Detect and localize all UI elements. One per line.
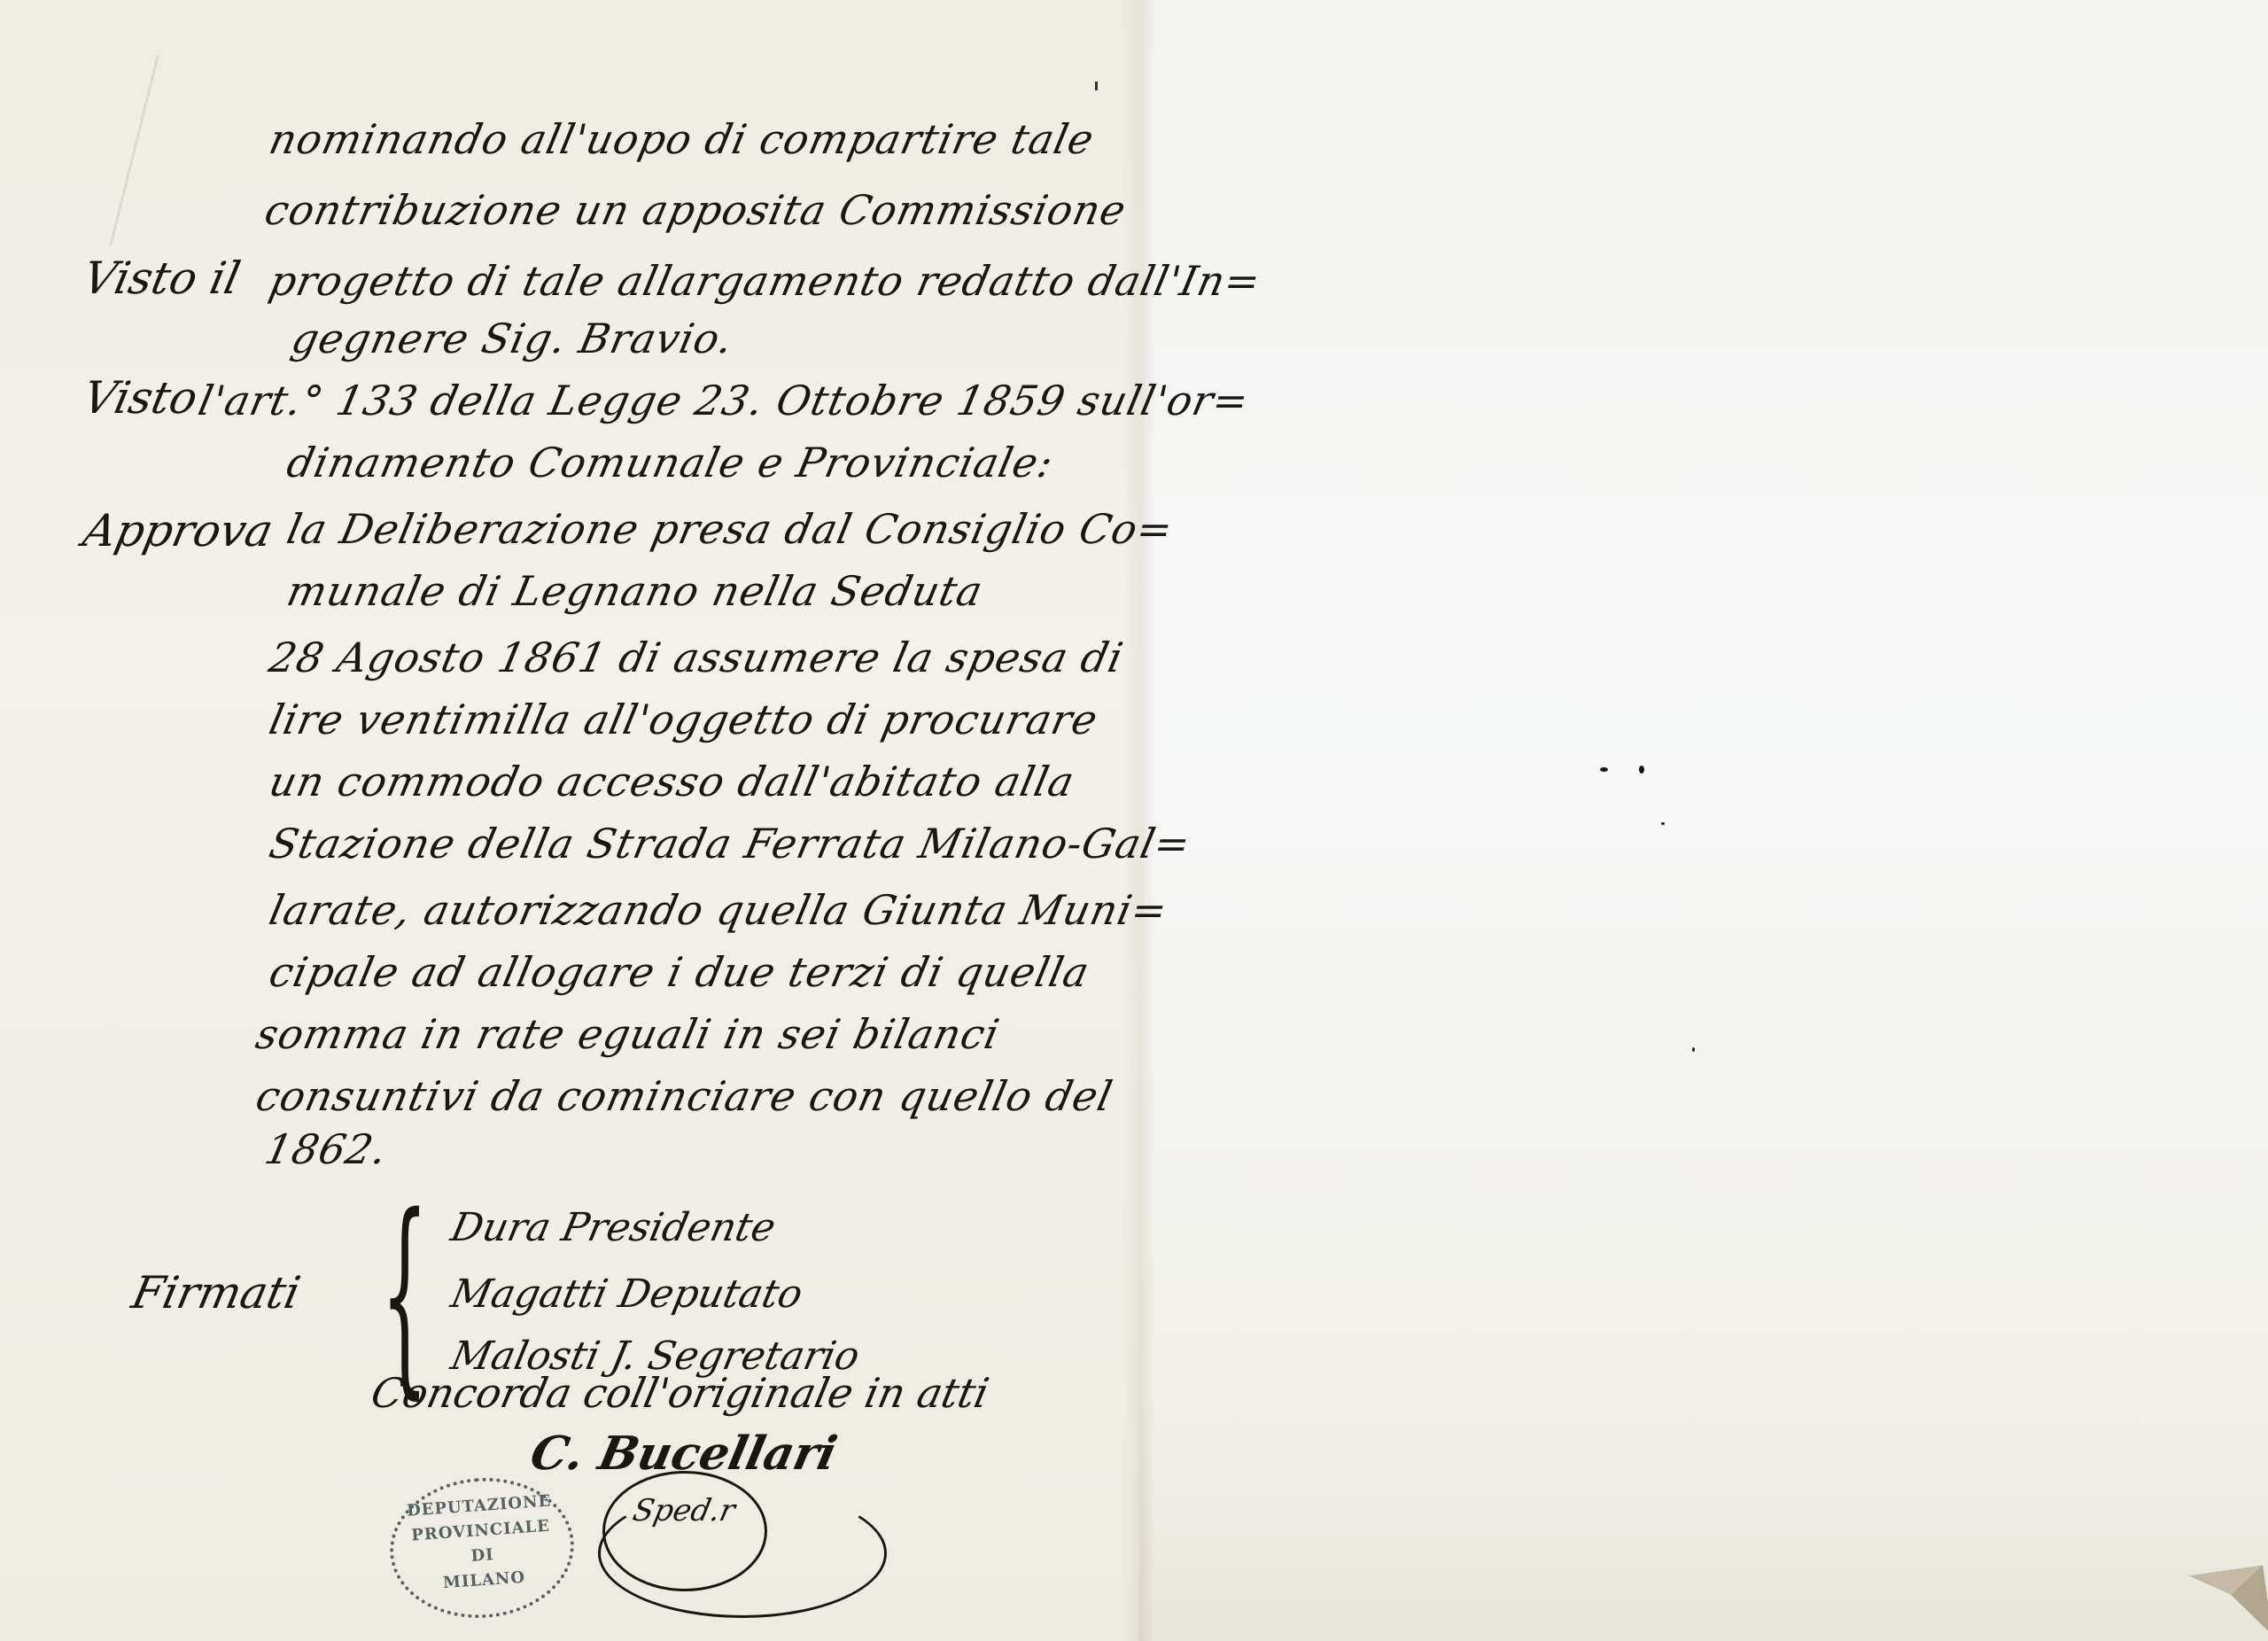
body-line: 28 Agosto 1861 di assumere la spesa di: [265, 634, 1128, 681]
body-line: munale di Legnano nella Seduta: [283, 567, 987, 615]
certification-line: Concorda coll'originale in atti: [367, 1369, 993, 1417]
firmati-label: Firmati: [128, 1267, 305, 1318]
body-line: 1862.: [260, 1125, 392, 1173]
body-line: dinamento Comunale e Provinciale:: [283, 439, 1058, 486]
body-line: un commodo accesso dall'abitato alla: [265, 758, 1079, 805]
ink-speck: [1661, 822, 1665, 825]
margin-note-approva: Approva: [79, 505, 278, 556]
body-line: cipale ad allogare i due terzi di quella: [265, 948, 1094, 996]
body-line: nominando all'uopo di compartire tale: [265, 115, 1099, 163]
signer-presidente: Dura Presidente: [447, 1205, 780, 1250]
body-line: consuntivi da cominciare con quello del: [252, 1072, 1117, 1120]
body-line: gegnere Sig. Bravio.: [287, 315, 738, 362]
folded-corner: [2188, 1565, 2268, 1641]
official-stamp: DEPUTAZIONE PROVINCIALE DI MILANO: [385, 1472, 579, 1624]
signer-deputato: Magatti Deputato: [447, 1272, 807, 1317]
body-line: contribuzione un apposita Commissione: [260, 186, 1130, 234]
body-line: larate, autorizzando quella Giunta Muni=: [265, 886, 1172, 934]
body-line: lire ventimilla all'oggetto di procurare: [265, 696, 1102, 743]
body-line: Stazione della Strada Ferrata Milano-Gal…: [265, 820, 1195, 867]
margin-note-visto: Visto: [79, 372, 202, 424]
right-page-blank: [1138, 0, 2268, 1641]
manuscript-text: nominando all'uopo di compartire tale co…: [0, 0, 1138, 1641]
signature-flourish-inner: [602, 1471, 767, 1591]
ink-speck: [1692, 1047, 1695, 1052]
clerk-title: Sped.r: [630, 1493, 739, 1528]
ink-speck: [1639, 766, 1644, 774]
body-line: l'art.° 133 della Legge 23. Ottobre 1859…: [194, 377, 1254, 424]
body-line: somma in rate eguali in sei bilanci: [252, 1010, 1004, 1058]
body-line: la Deliberazione presa dal Consiglio Co=: [283, 505, 1177, 553]
margin-note-visto: Visto il: [79, 253, 245, 304]
ink-speck: [1600, 767, 1608, 772]
document-spread: nominando all'uopo di compartire tale co…: [0, 0, 2268, 1641]
body-line: progetto di tale allargamento redatto da…: [265, 257, 1265, 305]
brace-symbol: {: [381, 1187, 428, 1400]
